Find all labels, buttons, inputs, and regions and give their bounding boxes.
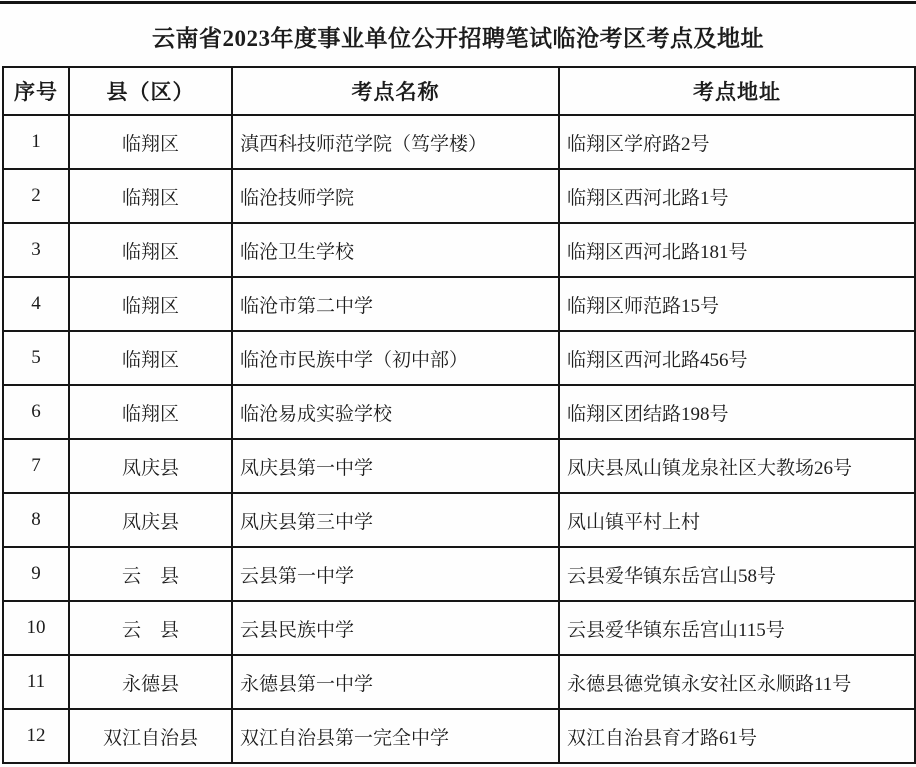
header-row: 序号 县（区） 考点名称 考点地址 (3, 67, 915, 115)
site-name-cell: 滇西科技师范学院（笃学楼） (232, 115, 559, 169)
table-row: 10 云 县 云县民族中学 云县爱华镇东岳宫山115号 (3, 601, 915, 655)
table-header: 序号 县（区） 考点名称 考点地址 (3, 67, 915, 115)
county-cell: 临翔区 (69, 169, 232, 223)
row-number-cell: 3 (3, 223, 69, 277)
site-name-cell: 临沧市第二中学 (232, 277, 559, 331)
row-number-cell: 1 (3, 115, 69, 169)
top-border-rule (0, 1, 916, 4)
row-number-cell: 10 (3, 601, 69, 655)
site-name-cell: 凤庆县第三中学 (232, 493, 559, 547)
county-cell: 永德县 (69, 655, 232, 709)
site-name-cell: 双江自治县第一完全中学 (232, 709, 559, 763)
site-name-cell: 云县第一中学 (232, 547, 559, 601)
county-cell: 临翔区 (69, 115, 232, 169)
address-cell: 临翔区西河北路456号 (559, 331, 915, 385)
site-name-cell: 临沧卫生学校 (232, 223, 559, 277)
row-number-cell: 12 (3, 709, 69, 763)
county-cell: 云 县 (69, 547, 232, 601)
exam-sites-notice-page: 云南省2023年度事业单位公开招聘笔试临沧考区考点及地址 序号 县（区） 考点名… (0, 0, 916, 767)
address-cell: 云县爱华镇东岳宫山58号 (559, 547, 915, 601)
header-site-address: 考点地址 (559, 67, 915, 115)
county-cell: 凤庆县 (69, 439, 232, 493)
site-name-cell: 临沧易成实验学校 (232, 385, 559, 439)
address-cell: 临翔区学府路2号 (559, 115, 915, 169)
county-cell: 云 县 (69, 601, 232, 655)
address-cell: 临翔区团结路198号 (559, 385, 915, 439)
header-serial-number: 序号 (3, 67, 69, 115)
table-row: 5 临翔区 临沧市民族中学（初中部） 临翔区西河北路456号 (3, 331, 915, 385)
county-cell: 凤庆县 (69, 493, 232, 547)
site-name-cell: 永德县第一中学 (232, 655, 559, 709)
address-cell: 临翔区西河北路1号 (559, 169, 915, 223)
row-number-cell: 7 (3, 439, 69, 493)
header-county: 县（区） (69, 67, 232, 115)
address-cell: 临翔区西河北路181号 (559, 223, 915, 277)
county-cell: 临翔区 (69, 277, 232, 331)
table-body: 1 临翔区 滇西科技师范学院（笃学楼） 临翔区学府路2号 2 临翔区 临沧技师学… (3, 115, 915, 763)
site-name-cell: 临沧市民族中学（初中部） (232, 331, 559, 385)
address-cell: 云县爱华镇东岳宫山115号 (559, 601, 915, 655)
row-number-cell: 2 (3, 169, 69, 223)
table-row: 7 凤庆县 凤庆县第一中学 凤庆县凤山镇龙泉社区大教场26号 (3, 439, 915, 493)
table-row: 8 凤庆县 凤庆县第三中学 凤山镇平村上村 (3, 493, 915, 547)
row-number-cell: 5 (3, 331, 69, 385)
exam-sites-table: 序号 县（区） 考点名称 考点地址 1 临翔区 滇西科技师范学院（笃学楼） 临翔… (2, 66, 916, 764)
page-title: 云南省2023年度事业单位公开招聘笔试临沧考区考点及地址 (0, 20, 916, 53)
table-row: 11 永德县 永德县第一中学 永德县德党镇永安社区永顺路11号 (3, 655, 915, 709)
row-number-cell: 6 (3, 385, 69, 439)
row-number-cell: 9 (3, 547, 69, 601)
county-cell: 临翔区 (69, 223, 232, 277)
table-row: 1 临翔区 滇西科技师范学院（笃学楼） 临翔区学府路2号 (3, 115, 915, 169)
header-site-name: 考点名称 (232, 67, 559, 115)
row-number-cell: 8 (3, 493, 69, 547)
address-cell: 凤山镇平村上村 (559, 493, 915, 547)
county-cell: 双江自治县 (69, 709, 232, 763)
address-cell: 临翔区师范路15号 (559, 277, 915, 331)
site-name-cell: 临沧技师学院 (232, 169, 559, 223)
table-row: 12 双江自治县 双江自治县第一完全中学 双江自治县育才路61号 (3, 709, 915, 763)
county-cell: 临翔区 (69, 385, 232, 439)
address-cell: 凤庆县凤山镇龙泉社区大教场26号 (559, 439, 915, 493)
row-number-cell: 4 (3, 277, 69, 331)
table-row: 3 临翔区 临沧卫生学校 临翔区西河北路181号 (3, 223, 915, 277)
table-row: 2 临翔区 临沧技师学院 临翔区西河北路1号 (3, 169, 915, 223)
table-row: 6 临翔区 临沧易成实验学校 临翔区团结路198号 (3, 385, 915, 439)
county-cell: 临翔区 (69, 331, 232, 385)
table-row: 9 云 县 云县第一中学 云县爱华镇东岳宫山58号 (3, 547, 915, 601)
site-name-cell: 凤庆县第一中学 (232, 439, 559, 493)
site-name-cell: 云县民族中学 (232, 601, 559, 655)
row-number-cell: 11 (3, 655, 69, 709)
address-cell: 永德县德党镇永安社区永顺路11号 (559, 655, 915, 709)
table-row: 4 临翔区 临沧市第二中学 临翔区师范路15号 (3, 277, 915, 331)
address-cell: 双江自治县育才路61号 (559, 709, 915, 763)
